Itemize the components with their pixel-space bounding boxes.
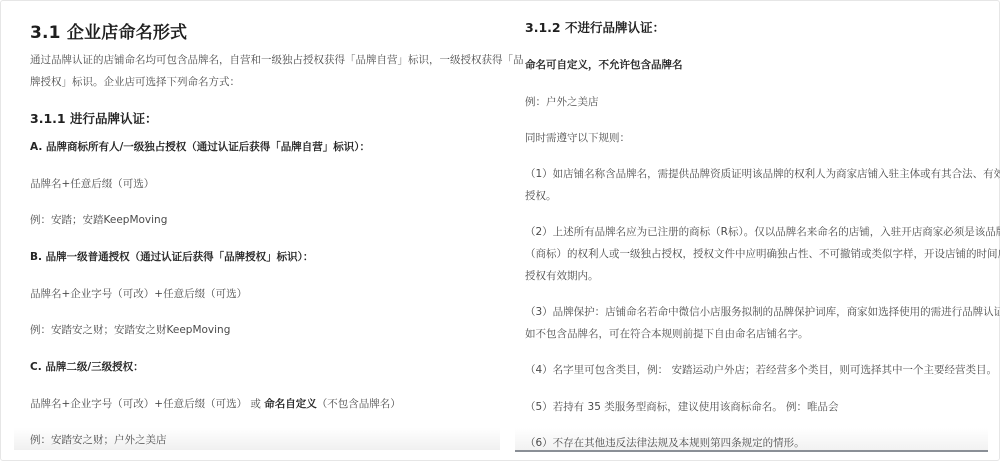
subheading-without-certification: 3.1.2 不进行品牌认证： [525,18,665,36]
section-c-format-bold: 命名自定义 [264,398,317,410]
section-b-example: 例：安踏安之财；安踏安之财KeepMoving [30,322,230,337]
intro-line-1: 通过品牌认证的店铺命名均可包含品牌名，自营和一级独占授权获得「品牌自营」标识，一… [30,52,524,67]
left-document-panel: 3.1 企业店命名形式 通过品牌认证的店铺命名均可包含品牌名，自营和一级独占授权… [0,0,500,461]
rule-2-line-3: 授权有效期内。 [525,268,599,283]
rule-2-line-1: （2）上述所有品牌名应为已注册的商标（R标）。仅以品牌名来命名的店铺，入驻开店商… [525,224,1000,239]
right-example: 例：户外之美店 [525,94,599,109]
section-a-example: 例：安踏；安踏KeepMoving [30,212,167,227]
section-c-example: 例：安踏安之财；户外之美店 [30,432,167,447]
subheading-with-certification: 3.1.1 进行品牌认证： [30,109,157,127]
rule-5: （5）若持有 35 类服务型商标，建议使用该商标命名。 例：唯品会 [525,399,839,414]
rule-2-line-2: （商标）的权利人或一级独占授权，授权文件中应明确独占性、不可撤销或类似字样，开设… [525,246,1000,261]
section-a-format: 品牌名+任意后缀（可选） [30,176,154,191]
rule-title: 命名可自定义，不允许包含品牌名 [525,57,683,72]
intro-line-2: 牌授权」标识。企业店可选择下列命名方式： [30,74,240,89]
right-document-panel: 3.1.2 不进行品牌认证： 命名可自定义，不允许包含品牌名 例：户外之美店 同… [500,0,1000,461]
rule-6: （6）不存在其他违反法律法规及本规则第四条规定的情形。 [525,435,805,450]
section-c-format: 品牌名+企业字号（可改）+任意后缀（可选） 或 命名自定义（不包含品牌名） [30,396,401,411]
section-c-format-suffix: （不包含品牌名） [317,398,401,410]
rules-intro: 同时需遵守以下规则： [525,130,630,145]
rule-3-line-1: （3）品牌保护：店铺命名若命中微信小店服务拟制的品牌保护词库，商家如选择使用的需… [525,304,1000,319]
section-a-title: A. 品牌商标所有人/一级独占授权（通过认证后获得「品牌自营」标识）： [30,139,370,154]
section-b-title: B. 品牌一级普通授权（通过认证后获得「品牌授权」标识）： [30,249,313,264]
section-c-title: C. 品牌二级/三级授权： [30,359,144,374]
rule-1-line-2: 授权。 [525,188,557,203]
rule-1-line-1: （1）如店铺名称含品牌名，需提供品牌资质证明该品牌的权利人为商家店铺入驻主体或有… [525,166,1000,181]
rule-4: （4）名字里可包含类目，例： 安踏运动户外店；若经营多个类目，则可选择其中一个主… [525,362,997,377]
section-b-format: 品牌名+企业字号（可改）+任意后缀（可选） [30,286,247,301]
rule-3-line-2: 如不包含品牌名，可在符合本规则前提下自由命名店铺名字。 [525,326,809,341]
section-heading: 3.1 企业店命名形式 [30,18,187,43]
section-c-format-prefix: 品牌名+企业字号（可改）+任意后缀（可选） 或 [30,398,264,410]
